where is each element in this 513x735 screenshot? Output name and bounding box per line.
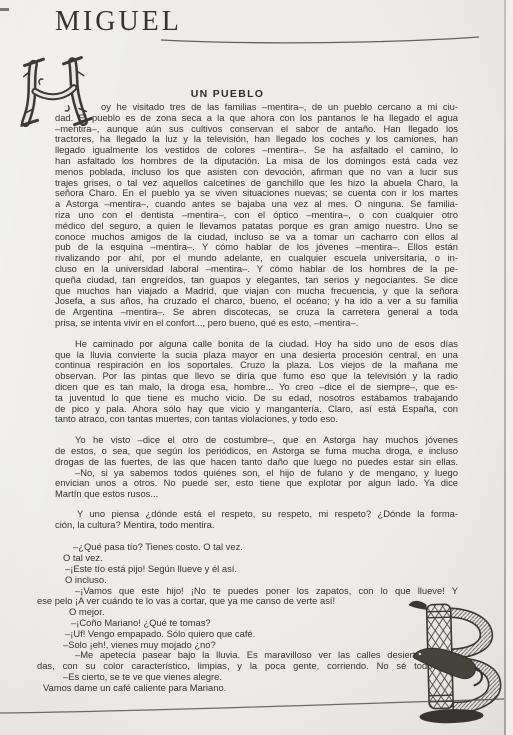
text-line: ción, la cultura? Mentira, todo mentira.	[55, 520, 458, 531]
masthead-title: MIGUEL	[55, 6, 182, 38]
text-line: –¿Qué pasa tío? Tienes costo. O tal vez.	[55, 542, 458, 553]
text-line: ta juventud lo que tiene es mucho vicio.…	[55, 393, 458, 404]
text-line: Martín que estos rusos...	[55, 489, 458, 500]
paragraph: –¿Qué pasa tío? Tienes costo. O tal vez.…	[55, 542, 458, 693]
page-edge-strip	[506, 0, 513, 735]
tailpiece-b-illustration	[406, 587, 508, 734]
paragraph: He caminado por alguna calle bonita de l…	[55, 339, 458, 425]
text-line: –¡Este tío está pijo! Según llueve y él …	[55, 564, 458, 575]
text-line: médico del seguro, a quien le llevamos p…	[55, 221, 458, 232]
paragraph: oy he visitado tres de las familias –men…	[55, 102, 458, 329]
scanned-magazine-page: MIGUEL UN PUEBLO oy he visitado tres de …	[0, 0, 513, 735]
text-block: oy he visitado tres de las familias –men…	[55, 102, 458, 694]
article-title: UN PUEBLO	[26, 88, 429, 100]
text-line: ese pelo ¡A ver cuándo te lo vas a corta…	[55, 596, 458, 607]
paragraph: Y uno piensa ¿dónde está el respeto, su …	[55, 509, 458, 531]
text-line: menos poblada, incluso los que asisten c…	[55, 167, 458, 178]
text-line: queña ciudad, tan engreídos, tan guapos …	[55, 275, 458, 286]
text-line: tanto atraco, con tantas muertes, con ta…	[55, 414, 458, 425]
scan-corner-mark	[0, 8, 9, 11]
text-line: dad. El pueblo es de zona seca a la que …	[55, 113, 458, 124]
text-line: Vamos dame un café caliente para Mariano…	[55, 683, 458, 694]
text-line: He caminado por alguna calle bonita de l…	[55, 339, 458, 350]
text-line: drogas de las fuertes, de las que hacen …	[55, 457, 458, 468]
text-line: prisa, se intenta vivir en el confort...…	[55, 318, 458, 329]
paragraph: Yo he visto –dice el otro de costumbre–,…	[55, 435, 458, 500]
